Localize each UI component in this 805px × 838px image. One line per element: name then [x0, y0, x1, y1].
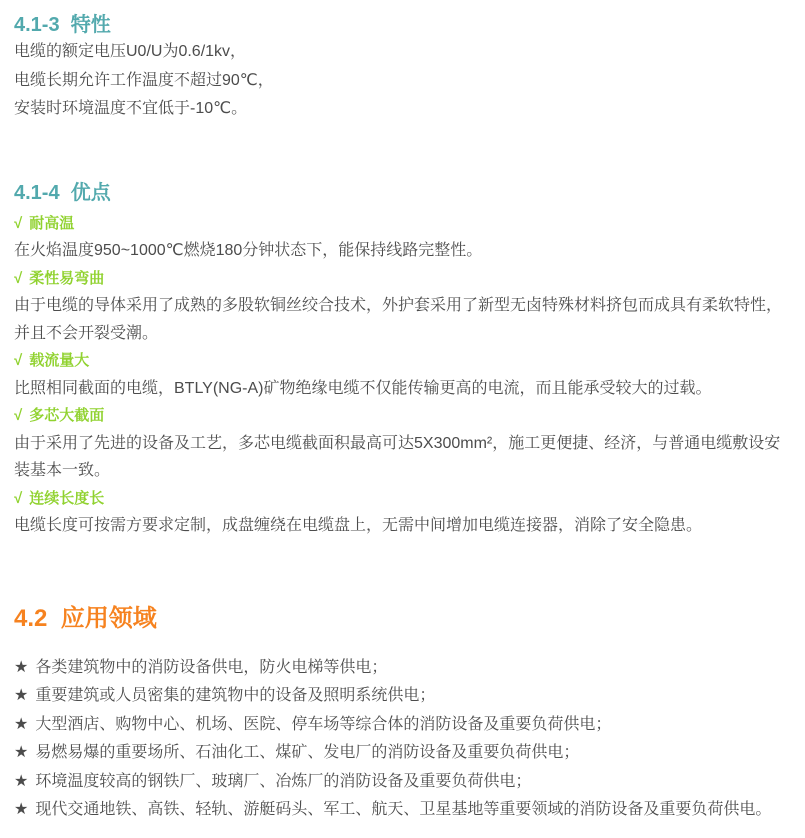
advantage-title: √载流量大 — [14, 347, 791, 375]
star-icon: ★ — [14, 659, 28, 676]
check-icon: √ — [14, 490, 22, 507]
heading-characteristics: 4.1-3 特性 — [14, 12, 791, 38]
body-line: 电缆的额定电压U0/U为0.6/1kv， — [14, 38, 791, 67]
body-line: 安装时环境温度不宜低于-10℃。 — [14, 95, 791, 124]
catalog-page: 4.1-3 特性 电缆的额定电压U0/U为0.6/1kv， 电缆长期允许工作温度… — [0, 0, 805, 838]
advantage-title: √耐高温 — [14, 210, 791, 238]
advantage-item: √多芯大截面 由于采用了先进的设备及工艺，多芯电缆截面积最高可达5X300mm²… — [14, 402, 791, 485]
check-icon: √ — [14, 352, 22, 369]
application-item: ★大型酒店、购物中心、机场、医院、停车场等综合体的消防设备及重要负荷供电； — [14, 711, 791, 740]
body-line: 由于采用了先进的设备及工艺，多芯电缆截面积最高可达5X300mm²，施工更便捷、… — [14, 430, 791, 458]
star-icon: ★ — [14, 716, 28, 733]
application-item: ★环境温度较高的钢铁厂、玻璃厂、冶炼厂的消防设备及重要负荷供电； — [14, 768, 791, 797]
body-line: 比照相同截面的电缆，BTLY(NG-A)矿物绝缘电缆不仅能传输更高的电流，而且能… — [14, 375, 791, 403]
advantages-list: √耐高温 在火焰温度950~1000℃燃烧180分钟状态下，能保持线路完整性。 … — [14, 210, 791, 540]
body-line: 在火焰温度950~1000℃燃烧180分钟状态下，能保持线路完整性。 — [14, 237, 791, 265]
advantage-title: √柔性易弯曲 — [14, 265, 791, 293]
advantage-item: √耐高温 在火焰温度950~1000℃燃烧180分钟状态下，能保持线路完整性。 — [14, 210, 791, 265]
heading-applications: 4.2 应用领域 — [14, 604, 791, 634]
advantage-item: √柔性易弯曲 由于电缆的导体采用了成熟的多股软铜丝绞合技术，外护套采用了新型无卤… — [14, 265, 791, 348]
application-item: ★易燃易爆的重要场所、石油化工、煤矿、发电厂的消防设备及重要负荷供电； — [14, 739, 791, 768]
star-icon: ★ — [14, 744, 28, 761]
application-item: ★现代交通地铁、高铁、轻轨、游艇码头、军工、航天、卫星基地等重要领域的消防设备及… — [14, 796, 791, 825]
application-item: ★重要建筑或人员密集的建筑物中的设备及照明系统供电； — [14, 682, 791, 711]
star-icon: ★ — [14, 801, 28, 818]
application-text: 现代交通地铁、高铁、轻轨、游艇码头、军工、航天、卫星基地等重要领域的消防设备及重… — [35, 801, 771, 818]
advantage-title-text: 耐高温 — [29, 215, 74, 232]
application-text: 易燃易爆的重要场所、石油化工、煤矿、发电厂的消防设备及重要负荷供电； — [35, 744, 579, 761]
body-line: 并且不会开裂受潮。 — [14, 320, 791, 348]
advantage-title-text: 连续长度长 — [29, 490, 104, 507]
application-text: 重要建筑或人员密集的建筑物中的设备及照明系统供电； — [35, 687, 435, 704]
star-icon: ★ — [14, 773, 28, 790]
advantage-item: √连续长度长 电缆长度可按需方要求定制，成盘缠绕在电缆盘上，无需中间增加电缆连接… — [14, 485, 791, 540]
advantage-title: √连续长度长 — [14, 485, 791, 513]
application-item: ★各类建筑物中的消防设备供电，防火电梯等供电； — [14, 654, 791, 683]
heading-advantages: 4.1-4 优点 — [14, 180, 791, 206]
advantage-item: √载流量大 比照相同截面的电缆，BTLY(NG-A)矿物绝缘电缆不仅能传输更高的… — [14, 347, 791, 402]
check-icon: √ — [14, 215, 22, 232]
advantage-title-text: 载流量大 — [29, 352, 89, 369]
application-text: 大型酒店、购物中心、机场、医院、停车场等综合体的消防设备及重要负荷供电； — [35, 716, 611, 733]
body-line: 电缆长度可按需方要求定制，成盘缠绕在电缆盘上，无需中间增加电缆连接器，消除了安全… — [14, 512, 791, 540]
advantage-title: √多芯大截面 — [14, 402, 791, 430]
application-text: 各类建筑物中的消防设备供电，防火电梯等供电； — [35, 659, 387, 676]
body-line: 电缆长期允许工作温度不超过90℃， — [14, 67, 791, 96]
advantage-title-text: 柔性易弯曲 — [29, 270, 104, 287]
check-icon: √ — [14, 270, 22, 287]
application-text: 环境温度较高的钢铁厂、玻璃厂、冶炼厂的消防设备及重要负荷供电； — [35, 773, 531, 790]
check-icon: √ — [14, 407, 22, 424]
body-line: 由于电缆的导体采用了成熟的多股软铜丝绞合技术，外护套采用了新型无卤特殊材料挤包而… — [14, 292, 791, 320]
star-icon: ★ — [14, 687, 28, 704]
applications-list: ★各类建筑物中的消防设备供电，防火电梯等供电； ★重要建筑或人员密集的建筑物中的… — [14, 654, 791, 825]
characteristics-paragraph: 电缆的额定电压U0/U为0.6/1kv， 电缆长期允许工作温度不超过90℃， 安… — [14, 38, 791, 124]
advantage-title-text: 多芯大截面 — [29, 407, 104, 424]
body-line: 装基本一致。 — [14, 457, 791, 485]
